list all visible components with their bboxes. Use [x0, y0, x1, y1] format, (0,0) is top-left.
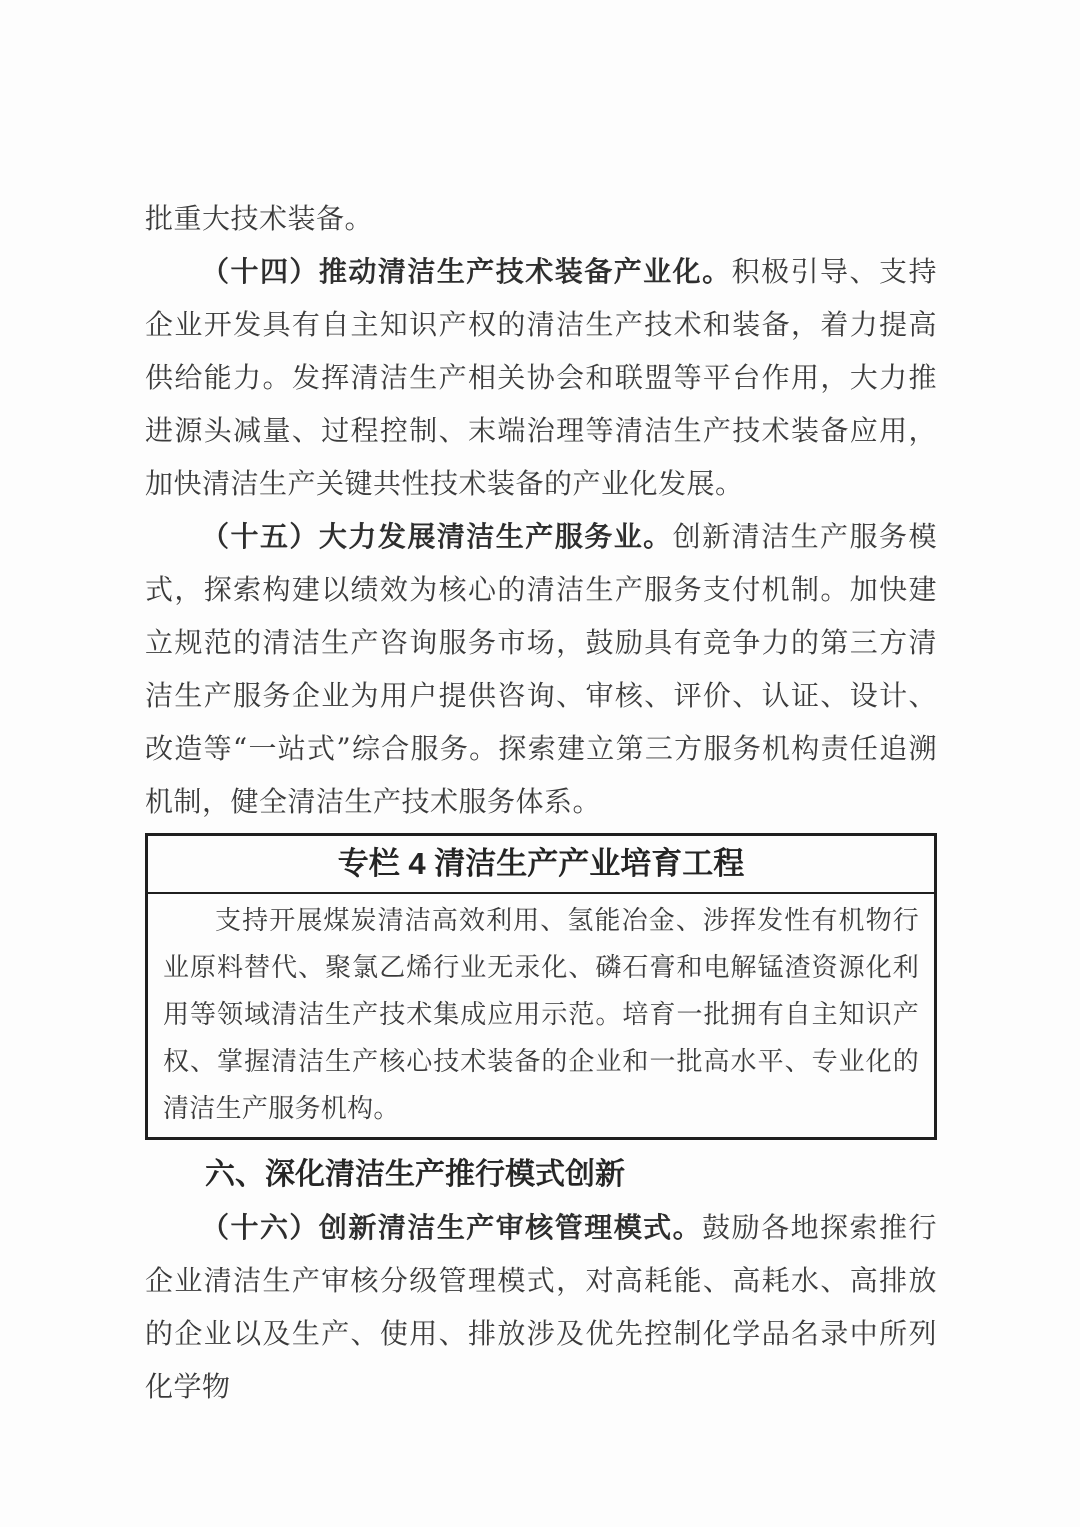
- document-page: 批重大技术装备。 （十四）推动清洁生产技术装备产业化。积极引导、支持企业开发具有…: [0, 0, 1080, 1527]
- paragraph-lead: （十六）创新清洁生产审核管理模式。: [201, 1211, 702, 1244]
- paragraph-text: 积极引导、支持企业开发具有自主知识产权的清洁生产技术和装备，着力提高供给能力。发…: [145, 255, 937, 500]
- callout-box-body: 支持开展煤炭清洁高效利用、氢能冶金、涉挥发性有机物行业原料替代、聚氯乙烯行业无汞…: [148, 894, 934, 1137]
- paragraph-lead: （十四）推动清洁生产技术装备产业化。: [201, 255, 732, 288]
- paragraph-item-16: （十六）创新清洁生产审核管理模式。鼓励各地探索推行企业清洁生产审核分级管理模式，…: [145, 1201, 937, 1413]
- paragraph-text: 批重大技术装备。: [145, 202, 373, 235]
- callout-box-text: 支持开展煤炭清洁高效利用、氢能冶金、涉挥发性有机物行业原料替代、聚氯乙烯行业无汞…: [163, 898, 919, 1133]
- paragraph-item-15: （十五）大力发展清洁生产服务业。创新清洁生产服务模式，探索构建以绩效为核心的清洁…: [145, 510, 937, 828]
- paragraph-lead: （十五）大力发展清洁生产服务业。: [201, 520, 673, 553]
- section-heading-six: 六、深化清洁生产推行模式创新: [145, 1148, 937, 1201]
- callout-box-title: 专栏 4 清洁生产产业培育工程: [148, 836, 934, 894]
- paragraph-item-14: （十四）推动清洁生产技术装备产业化。积极引导、支持企业开发具有自主知识产权的清洁…: [145, 245, 937, 510]
- callout-box-column-4: 专栏 4 清洁生产产业培育工程 支持开展煤炭清洁高效利用、氢能冶金、涉挥发性有机…: [145, 833, 937, 1140]
- paragraph-continuation: 批重大技术装备。: [145, 192, 937, 245]
- paragraph-text: 创新清洁生产服务模式，探索构建以绩效为核心的清洁生产服务支付机制。加快建立规范的…: [145, 520, 937, 818]
- document-content: 批重大技术装备。 （十四）推动清洁生产技术装备产业化。积极引导、支持企业开发具有…: [145, 192, 937, 1413]
